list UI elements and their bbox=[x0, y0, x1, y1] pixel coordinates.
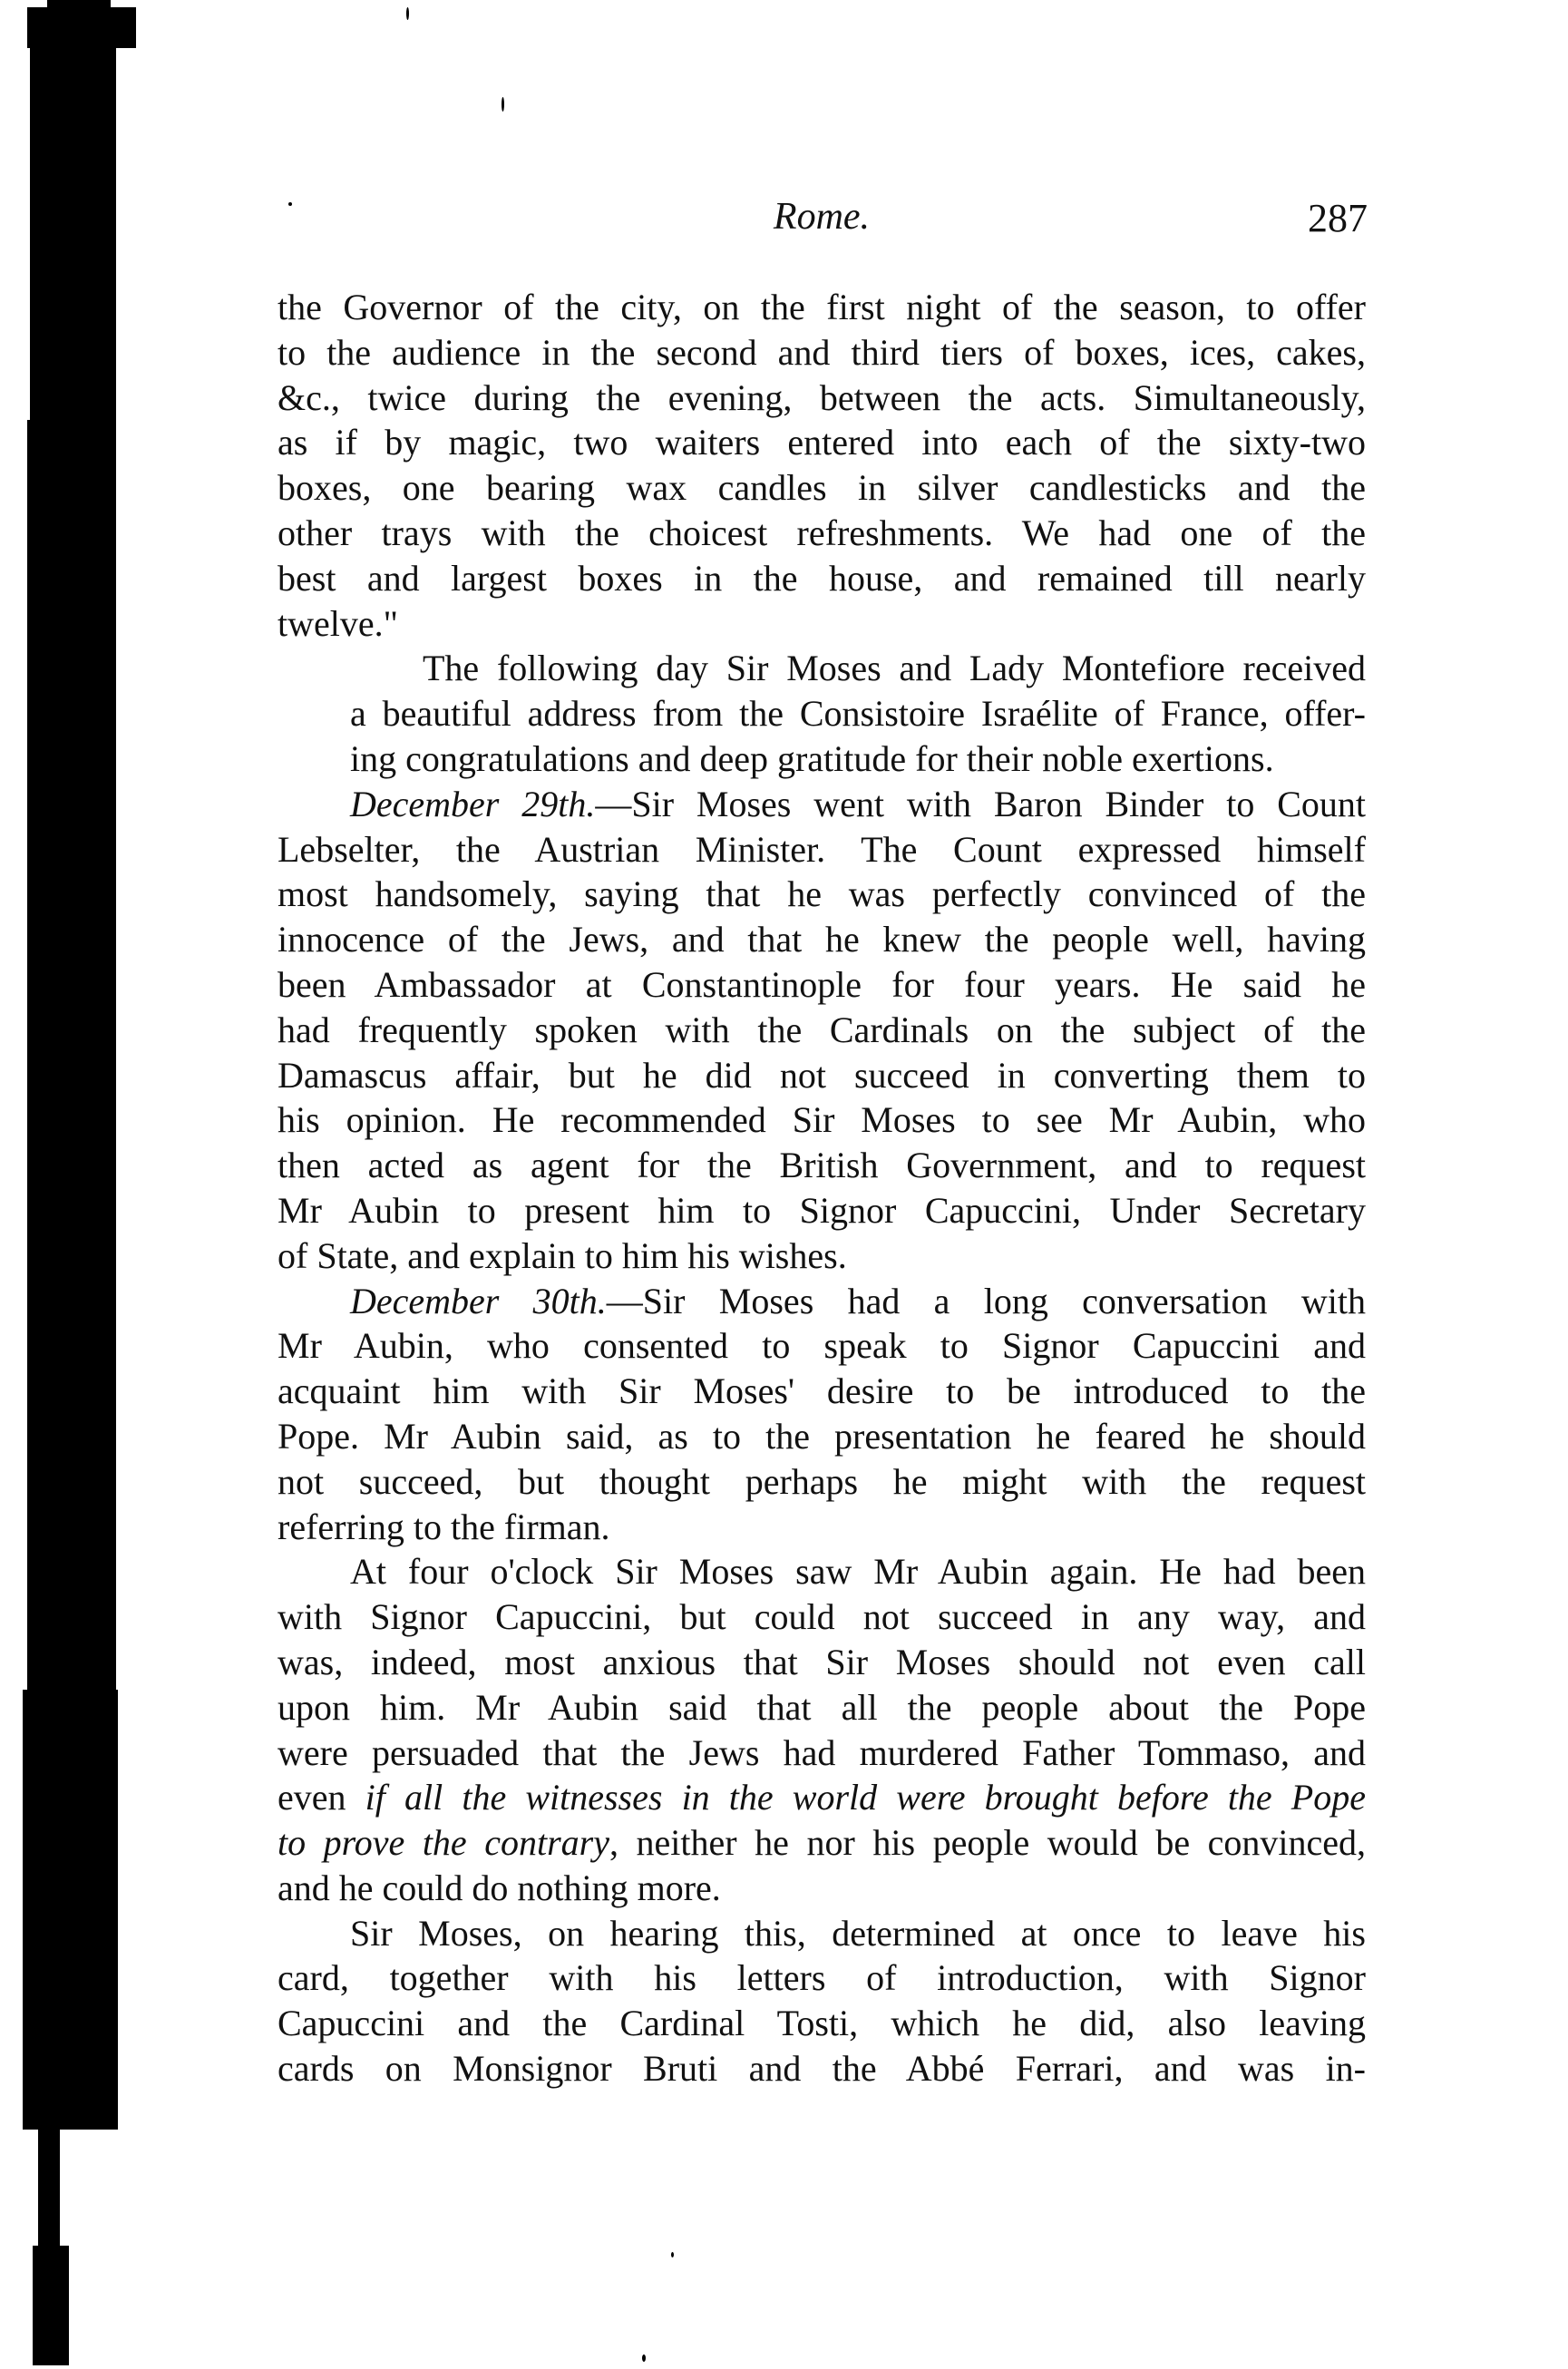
date-label: December 30th. bbox=[350, 1281, 607, 1321]
text-line: innocence of the Jews, and that he knew … bbox=[278, 917, 1366, 962]
text-line: were persuaded that the Jews had murdere… bbox=[278, 1730, 1366, 1776]
paragraph-december-30: December 30th.—Sir Moses had a long conv… bbox=[278, 1279, 1366, 1550]
text-line: Sir Moses, on hearing this, determined a… bbox=[278, 1911, 1366, 1956]
text-line: December 29th.—Sir Moses went with Baron… bbox=[278, 782, 1366, 827]
text-line: not succeed, but thought perhaps he migh… bbox=[278, 1459, 1366, 1505]
scan-binding-shadow-cap bbox=[27, 7, 136, 48]
text-line: upon him. Mr Aubin said that all the peo… bbox=[278, 1685, 1366, 1730]
text-line: other trays with the choicest refreshmen… bbox=[278, 511, 1366, 556]
text-line: ing congratulations and deep gratitude f… bbox=[278, 736, 1366, 782]
text-line: of State, and explain to him his wishes. bbox=[278, 1233, 1366, 1279]
text-line: was, indeed, most anxious that Sir Moses… bbox=[278, 1640, 1366, 1685]
text-line: to the audience in the second and third … bbox=[278, 330, 1366, 375]
page-header: Rome. 287 bbox=[278, 195, 1366, 249]
text-line: card, together with his letters of intro… bbox=[278, 1955, 1366, 2001]
text-line: The following day Sir Moses and Lady Mon… bbox=[278, 646, 1366, 691]
text-line: Mr Aubin to present him to Signor Capucc… bbox=[278, 1188, 1366, 1233]
text-line: Mr Aubin, who consented to speak to Sign… bbox=[278, 1323, 1366, 1369]
text-line: boxes, one bearing wax candles in silver… bbox=[278, 465, 1366, 511]
print-speck bbox=[502, 97, 504, 112]
text-line: had frequently spoken with the Cardinals… bbox=[278, 1008, 1366, 1053]
text-line: cards on Monsignor Bruti and the Abbé Fe… bbox=[278, 2046, 1366, 2091]
paragraph-december-29: December 29th.—Sir Moses went with Baron… bbox=[278, 782, 1366, 1279]
text-line: then acted as agent for the British Gove… bbox=[278, 1143, 1366, 1188]
text-line: At four o'clock Sir Moses saw Mr Aubin a… bbox=[278, 1549, 1366, 1594]
text-line: December 30th.—Sir Moses had a long conv… bbox=[278, 1279, 1366, 1324]
text-line: with Signor Capuccini, but could not suc… bbox=[278, 1594, 1366, 1640]
body-text: the Governor of the city, on the first n… bbox=[278, 285, 1366, 2091]
date-label: December 29th. bbox=[350, 784, 595, 824]
page-number: 287 bbox=[1308, 195, 1368, 241]
paragraph: At four o'clock Sir Moses saw Mr Aubin a… bbox=[278, 1549, 1366, 1910]
text-line: Damascus affair, but he did not succeed … bbox=[278, 1053, 1366, 1098]
text-line: Lebselter, the Austrian Minister. The Co… bbox=[278, 827, 1366, 873]
paragraph: Sir Moses, on hearing this, determined a… bbox=[278, 1911, 1366, 2091]
scan-binding-shadow-foot bbox=[33, 2246, 69, 2365]
running-title: Rome. bbox=[278, 195, 1366, 239]
text-line: &c., twice during the evening, between t… bbox=[278, 375, 1366, 421]
text-line: and he could do nothing more. bbox=[278, 1866, 1366, 1911]
text-line: a beautiful address from the Consistoire… bbox=[278, 691, 1366, 736]
emphasis: to prove the contrary bbox=[278, 1822, 609, 1863]
text-line: been Ambassador at Constantinople for fo… bbox=[278, 962, 1366, 1008]
text-line: twelve." bbox=[278, 601, 1366, 647]
print-speck bbox=[406, 7, 409, 20]
print-speck bbox=[642, 2354, 646, 2362]
scan-binding-shadow-top bbox=[47, 0, 111, 7]
text-line: Capuccini and the Cardinal Tosti, which … bbox=[278, 2001, 1366, 2046]
scan-binding-shadow bbox=[30, 48, 116, 420]
emphasis: if all the witnesses in the world were b… bbox=[365, 1777, 1366, 1818]
text-line: acquaint him with Sir Moses' desire to b… bbox=[278, 1369, 1366, 1414]
text-line: even if all the witnesses in the world w… bbox=[278, 1775, 1366, 1820]
text-line: as if by magic, two waiters entered into… bbox=[278, 420, 1366, 465]
paragraph: the Governor of the city, on the first n… bbox=[278, 285, 1366, 646]
scan-binding-shadow-mid bbox=[27, 420, 116, 1690]
scan-binding-shadow-neck bbox=[38, 2130, 60, 2246]
text-line: the Governor of the city, on the first n… bbox=[278, 285, 1366, 330]
print-speck bbox=[671, 2252, 674, 2257]
scan-binding-shadow-lower bbox=[23, 1690, 118, 2130]
text-line: referring to the firman. bbox=[278, 1505, 1366, 1550]
paragraph: The following day Sir Moses and Lady Mon… bbox=[278, 646, 1366, 781]
text-line: best and largest boxes in the house, and… bbox=[278, 556, 1366, 601]
text-line: Pope. Mr Aubin said, as to the presentat… bbox=[278, 1414, 1366, 1459]
text-line: his opinion. He recommended Sir Moses to… bbox=[278, 1097, 1366, 1143]
text-line: most handsomely, saying that he was perf… bbox=[278, 872, 1366, 917]
text-line: to prove the contrary, neither he nor hi… bbox=[278, 1820, 1366, 1866]
